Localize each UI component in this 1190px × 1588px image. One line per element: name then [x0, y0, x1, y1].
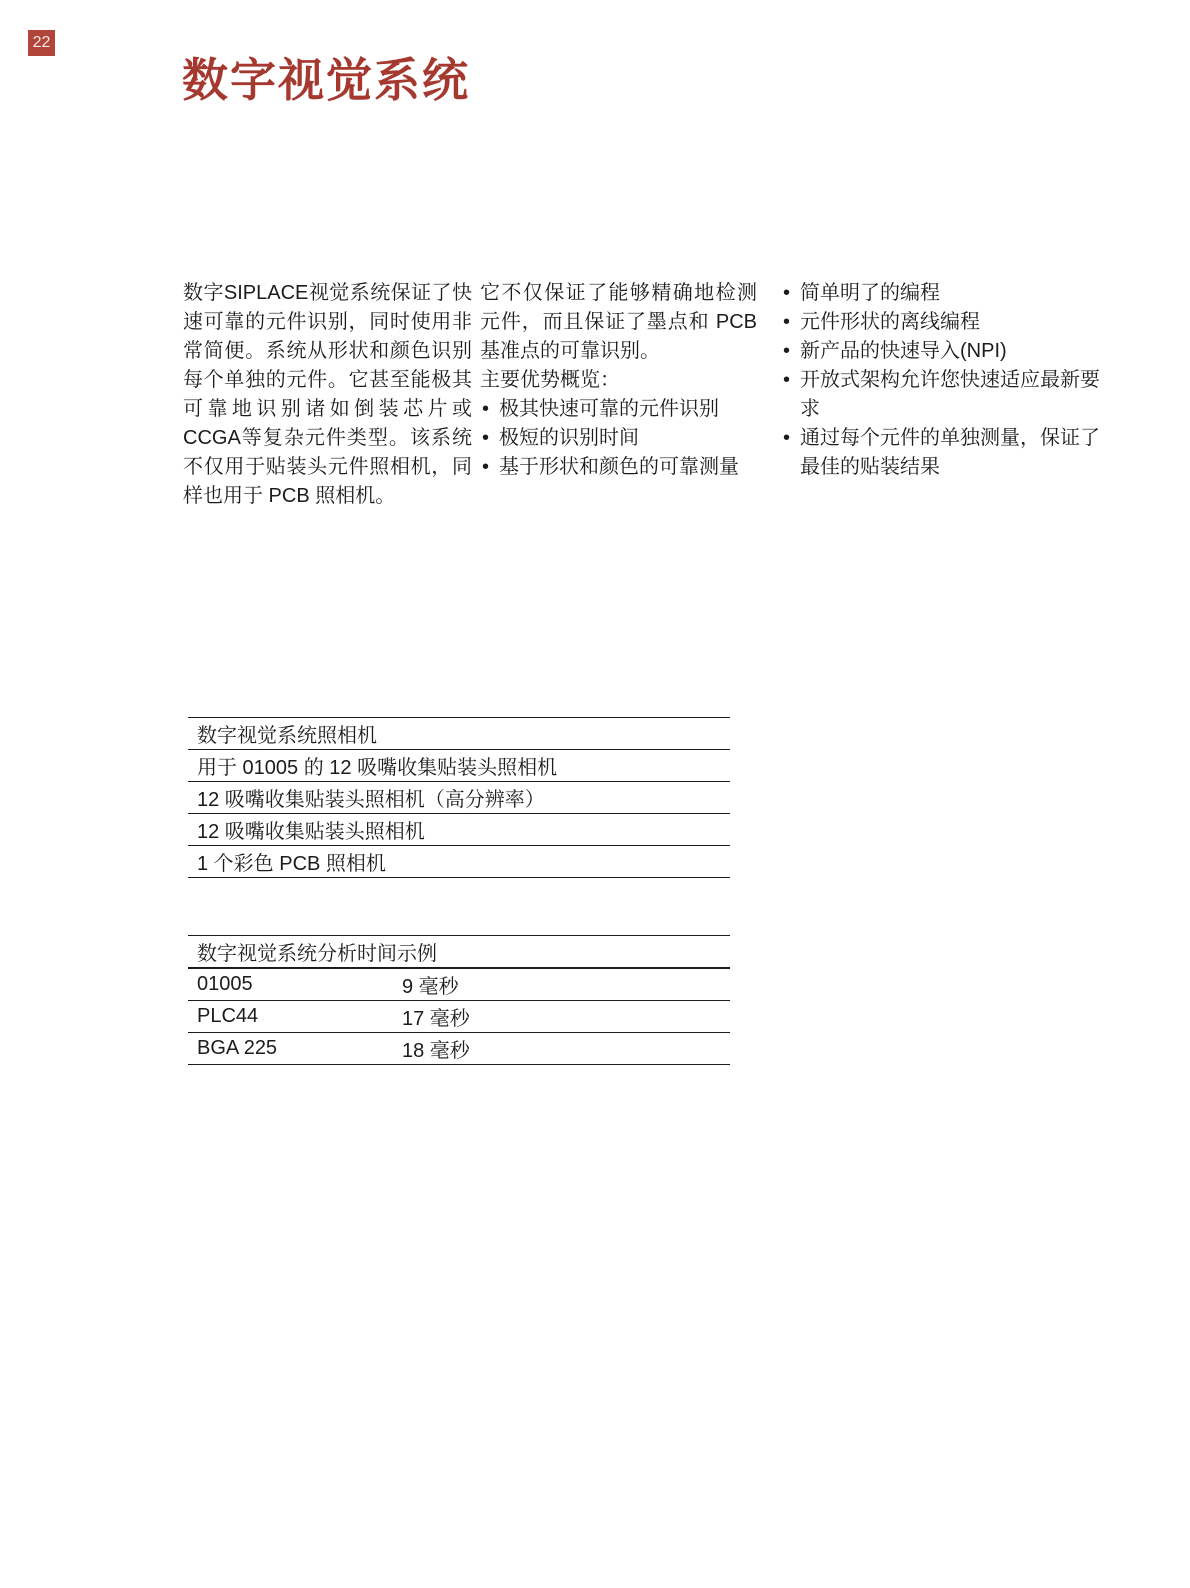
document-page: 22 数字视觉系统 数字SIPLACE视觉系统保证了快速可靠的元件识别，同时使用… — [0, 0, 1190, 1588]
camera-row: 12 吸嘴收集贴装头照相机（高分辨率） — [188, 782, 730, 814]
page-number-badge: 22 — [28, 30, 55, 56]
benefits-subheading: 主要优势概览： — [480, 366, 757, 395]
camera-row-text: 12 吸嘴收集贴装头照相机（高分辨率） — [197, 783, 545, 812]
component-cell: PLC44 — [197, 1005, 402, 1028]
time-cell: 17 毫秒 — [402, 1002, 470, 1031]
bullet-icon: • — [783, 424, 790, 453]
benefits-column: 它不仅保证了能够精确地检测元件，而且保证了墨点和 PCB 基准点的可靠识别。 主… — [480, 279, 757, 482]
benefit-item: • 极其快速可靠的元件识别 — [482, 395, 757, 424]
time-row: BGA 225 18 毫秒 — [188, 1033, 730, 1065]
analysis-times-table: 数字视觉系统分析时间示例 01005 9 毫秒 PLC44 17 毫秒 BGA … — [188, 935, 730, 1065]
bullet-icon: • — [482, 395, 489, 424]
cameras-table-header-text: 数字视觉系统照相机 — [197, 719, 377, 748]
features-column: • 简单明了的编程 • 元件形状的离线编程 • 新产品的快速导入(NPI) • … — [770, 279, 1115, 482]
benefits-list: • 极其快速可靠的元件识别 • 极短的识别时间 • 基于形状和颜色的可靠测量 — [480, 395, 757, 482]
bullet-icon: • — [482, 453, 489, 482]
feature-item: • 通过每个元件的单独测量，保证了最佳的贴装结果 — [783, 424, 1115, 482]
benefit-item-text: 极短的识别时间 — [499, 427, 639, 449]
intro-paragraph: 数字SIPLACE视觉系统保证了快速可靠的元件识别，同时使用非常简便。系统从形状… — [183, 279, 472, 511]
page-title: 数字视觉系统 — [182, 44, 470, 110]
cameras-table-header: 数字视觉系统照相机 — [188, 718, 730, 750]
cameras-table: 数字视觉系统照相机 用于 01005 的 12 吸嘴收集贴装头照相机 12 吸嘴… — [188, 717, 730, 878]
component-cell: 01005 — [197, 973, 402, 996]
bullet-icon: • — [783, 279, 790, 308]
benefit-item-text: 极其快速可靠的元件识别 — [499, 398, 719, 420]
intro-column: 数字SIPLACE视觉系统保证了快速可靠的元件识别，同时使用非常简便。系统从形状… — [183, 279, 472, 511]
camera-row: 用于 01005 的 12 吸嘴收集贴装头照相机 — [188, 750, 730, 782]
benefits-intro: 它不仅保证了能够精确地检测元件，而且保证了墨点和 PCB 基准点的可靠识别。 — [480, 279, 757, 366]
analysis-times-header-text: 数字视觉系统分析时间示例 — [197, 937, 437, 966]
bullet-icon: • — [783, 337, 790, 366]
feature-item: • 开放式架构允许您快速适应最新要求 — [783, 366, 1115, 424]
component-cell: BGA 225 — [197, 1037, 402, 1060]
time-row: 01005 9 毫秒 — [188, 969, 730, 1001]
bullet-icon: • — [783, 308, 790, 337]
feature-item-text: 开放式架构允许您快速适应最新要求 — [800, 369, 1100, 420]
feature-item-text: 元件形状的离线编程 — [800, 311, 980, 333]
bullet-icon: • — [783, 366, 790, 395]
time-row: PLC44 17 毫秒 — [188, 1001, 730, 1033]
camera-row-text: 12 吸嘴收集贴装头照相机 — [197, 815, 425, 844]
benefit-item: • 基于形状和颜色的可靠测量 — [482, 453, 757, 482]
feature-item: • 新产品的快速导入(NPI) — [783, 337, 1115, 366]
bullet-icon: • — [482, 424, 489, 453]
time-cell: 9 毫秒 — [402, 970, 459, 999]
feature-item-text: 新产品的快速导入(NPI) — [800, 340, 1007, 362]
feature-item-text: 简单明了的编程 — [800, 282, 940, 304]
feature-item-text: 通过每个元件的单独测量，保证了最佳的贴装结果 — [800, 427, 1100, 478]
features-list: • 简单明了的编程 • 元件形状的离线编程 • 新产品的快速导入(NPI) • … — [770, 279, 1115, 482]
benefit-item: • 极短的识别时间 — [482, 424, 757, 453]
feature-item: • 元件形状的离线编程 — [783, 308, 1115, 337]
analysis-times-table-header: 数字视觉系统分析时间示例 — [188, 936, 730, 969]
camera-row-text: 1 个彩色 PCB 照相机 — [197, 847, 386, 876]
camera-row: 1 个彩色 PCB 照相机 — [188, 846, 730, 878]
feature-item: • 简单明了的编程 — [783, 279, 1115, 308]
time-cell: 18 毫秒 — [402, 1034, 470, 1063]
camera-row: 12 吸嘴收集贴装头照相机 — [188, 814, 730, 846]
benefit-item-text: 基于形状和颜色的可靠测量 — [499, 456, 739, 478]
camera-row-text: 用于 01005 的 12 吸嘴收集贴装头照相机 — [197, 751, 557, 780]
